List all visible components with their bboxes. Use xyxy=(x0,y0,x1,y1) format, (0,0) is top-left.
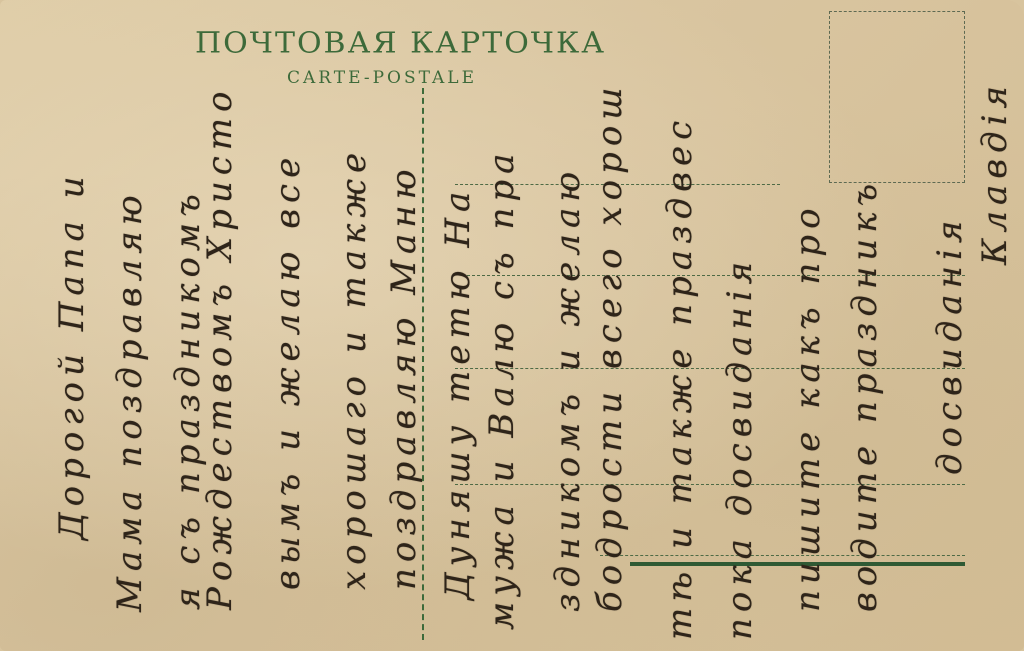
handwriting-line: Дуняшу тетю На xyxy=(438,186,478,600)
address-line-4 xyxy=(455,484,965,485)
handwriting-line: водите праздникъ xyxy=(845,178,885,612)
postcard-title: ПОЧТОВАЯ КАРТОЧКА xyxy=(195,27,606,60)
handwriting-line: мужа и Валю съ пра xyxy=(482,148,522,630)
handwriting-line: Рождествомъ Христо xyxy=(200,86,240,610)
address-line-3 xyxy=(455,368,965,369)
handwriting-line: Мама поздравляю xyxy=(110,189,150,612)
stamp-box xyxy=(829,11,965,183)
postcard-subtitle: CARTE-POSTALE xyxy=(287,68,477,88)
handwriting-line: бодрости всего хорош xyxy=(590,82,630,613)
handwriting-line: пока досвиданiя xyxy=(720,256,760,640)
postcard: ПОЧТОВАЯ КАРТОЧКА CARTE-POSTALE Дорогой … xyxy=(0,0,1024,651)
handwriting-line: поздравляю Маню xyxy=(384,163,424,590)
handwriting-line: Дорогой Папа и xyxy=(52,171,92,541)
handwriting-line: пишите какъ про xyxy=(788,202,828,612)
address-line-5 xyxy=(600,555,965,556)
handwriting-line: досвиданiя xyxy=(930,215,970,475)
signature: Клавдiя xyxy=(975,80,1015,265)
handwriting-line: тѣ и также праздвес xyxy=(660,115,700,640)
handwriting-line: вымъ и желаю все xyxy=(268,152,308,590)
handwriting-line: хорошаго и также xyxy=(334,147,374,590)
handwriting-line: здникомъ и желаю xyxy=(548,166,588,612)
address-line-2 xyxy=(462,275,965,276)
